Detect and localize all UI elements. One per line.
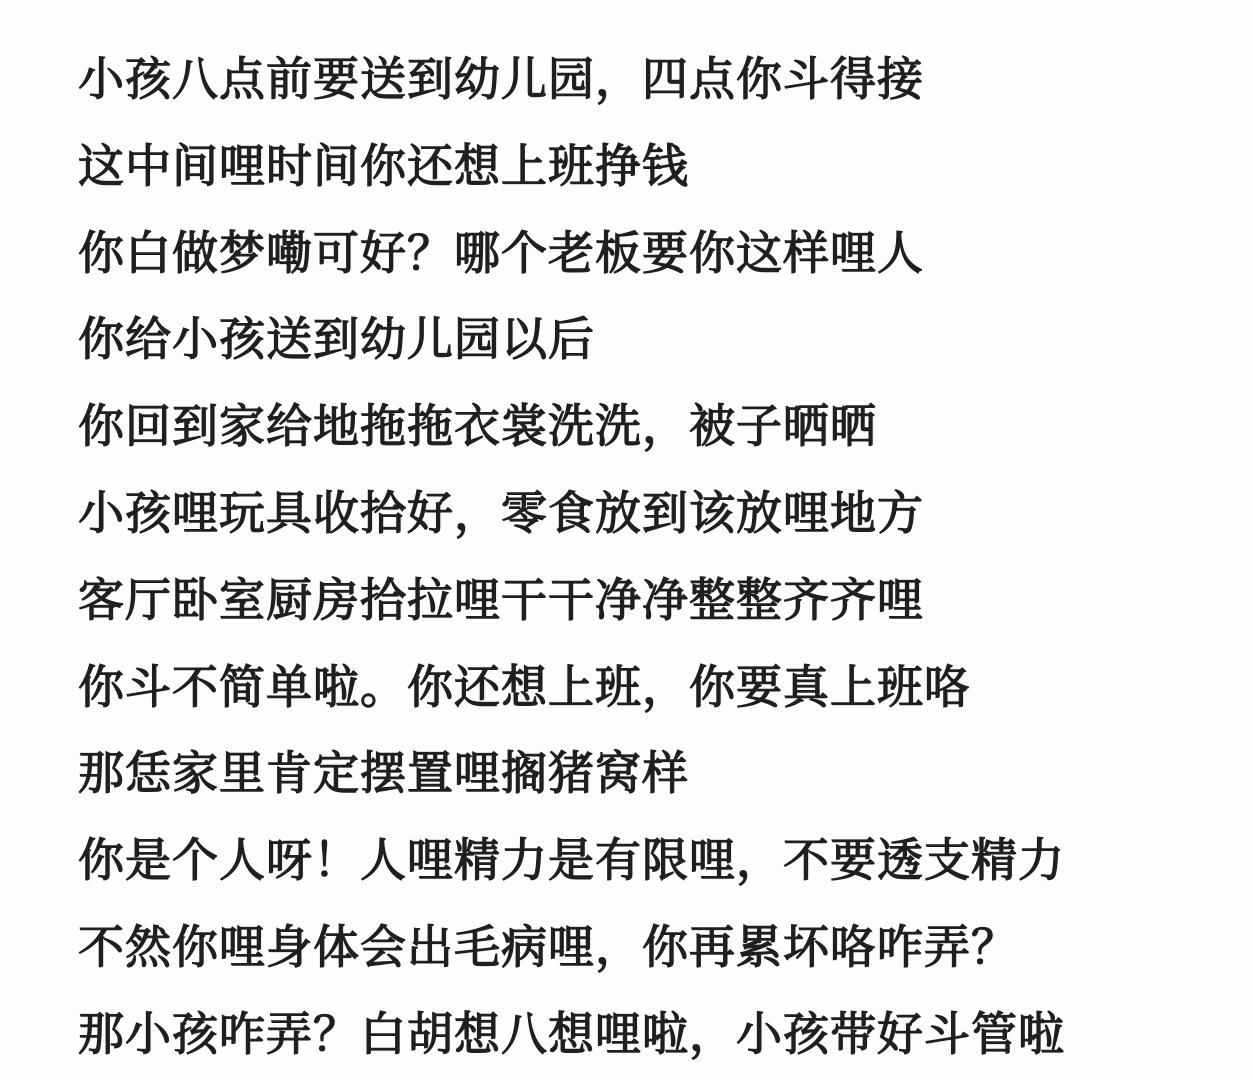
- text-line-6: 小孩哩玩具收拾好，零食放到该放哩地方: [78, 470, 1233, 557]
- text-line-12: 那小孩咋弄？白胡想八想哩啦，小孩带好斗管啦: [78, 991, 1233, 1078]
- text-line-9: 那恁家里肯定摆置哩搁猪窝样: [78, 730, 1233, 817]
- text-line-7: 客厅卧室厨房拾拉哩干干净净整整齐齐哩: [78, 557, 1233, 644]
- text-line-3: 你白做梦嘞可好？哪个老板要你这样哩人: [78, 210, 1233, 297]
- text-line-1: 小孩八点前要送到幼儿园，四点你斗得接: [78, 36, 1233, 123]
- text-line-4: 你给小孩送到幼儿园以后: [78, 296, 1233, 383]
- text-line-5: 你回到家给地拖拖衣裳洗洗，被子晒晒: [78, 383, 1233, 470]
- text-page: 小孩八点前要送到幼儿园，四点你斗得接 这中间哩时间你还想上班挣钱 你白做梦嘞可好…: [0, 0, 1253, 1080]
- text-line-10: 你是个人呀！人哩精力是有限哩，不要透支精力: [78, 817, 1233, 904]
- text-line-11: 不然你哩身体会出毛病哩，你再累坏咯咋弄？: [78, 904, 1233, 991]
- text-line-2: 这中间哩时间你还想上班挣钱: [78, 123, 1233, 210]
- text-line-8: 你斗不简单啦。你还想上班，你要真上班咯: [78, 644, 1233, 731]
